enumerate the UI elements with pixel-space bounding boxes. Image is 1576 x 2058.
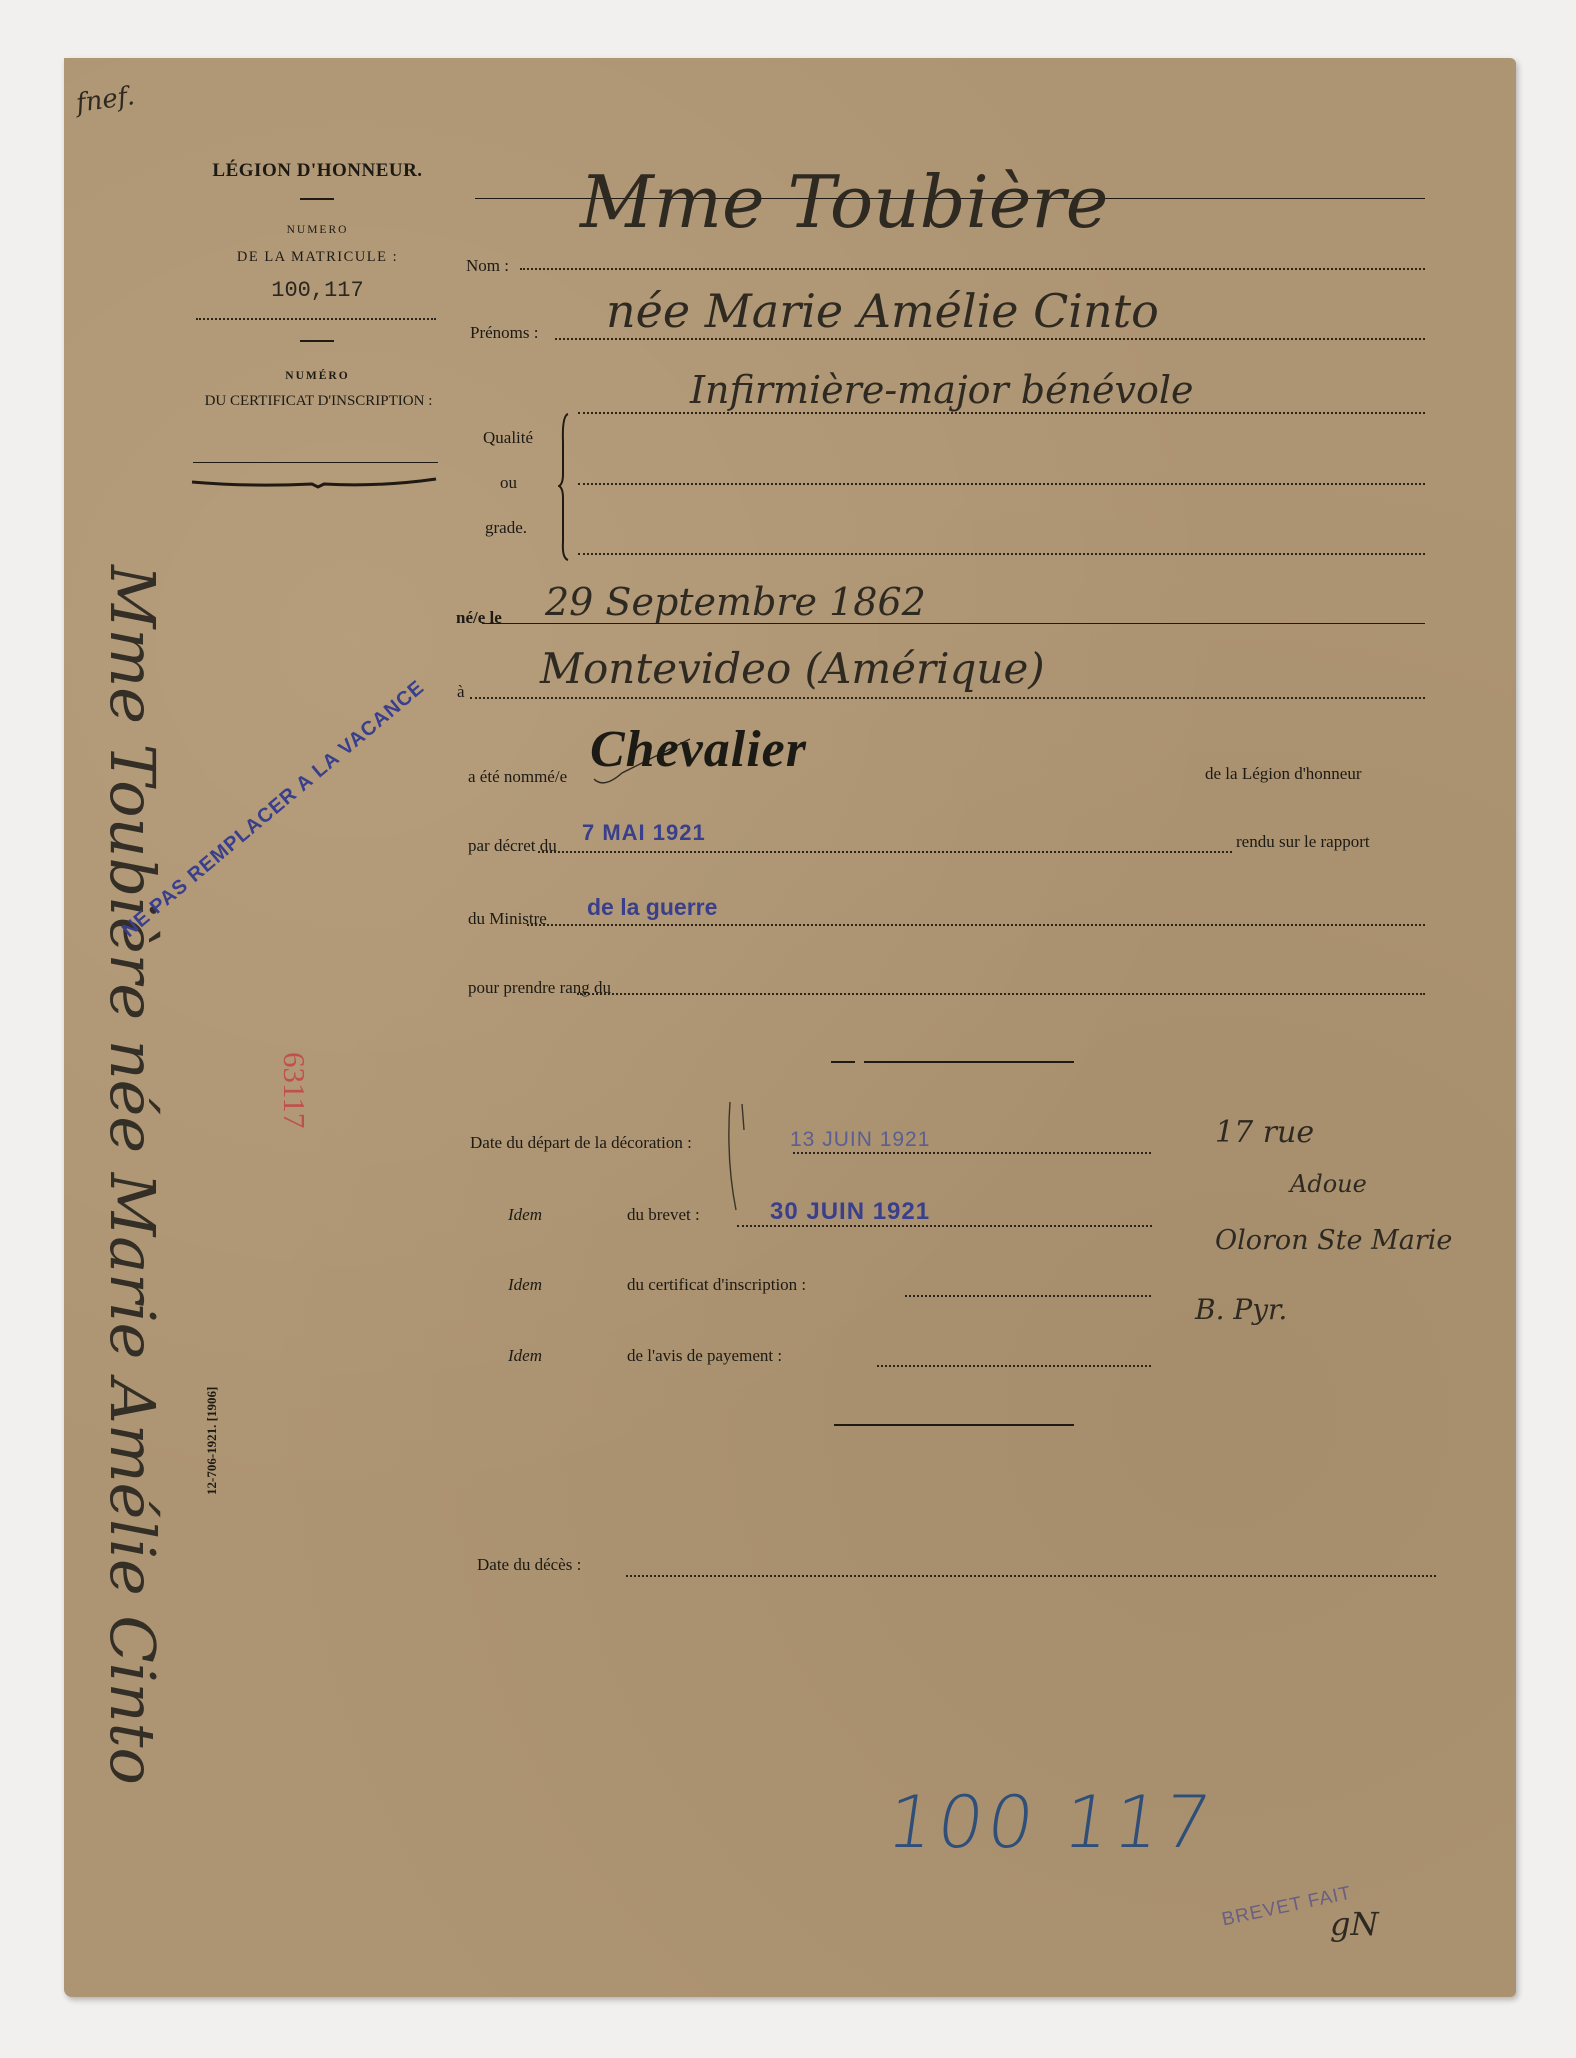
decret-label: par décret du [468, 836, 557, 856]
nomme-value: Chevalier [590, 720, 807, 779]
brevet-label: du brevet : [627, 1205, 700, 1225]
address-line-1: 17 rue [1215, 1115, 1314, 1150]
brevet-stamp: 30 JUIN 1921 [770, 1198, 930, 1226]
depart-label: Date du départ de la décoration : [470, 1133, 692, 1153]
decret-line [538, 851, 1232, 853]
archival-form-sheet [64, 58, 1516, 1997]
qualite-brace [558, 412, 574, 562]
rang-label: pour prendre rang du [468, 978, 611, 998]
certificat-label: du certificat d'inscription : [627, 1275, 806, 1295]
nomme-label: a été nommé/e [468, 767, 567, 787]
ministre-line [527, 924, 1425, 926]
certificat-rule [193, 462, 438, 463]
printer-mark: 12-706-1921. [1906] [204, 1387, 220, 1495]
depart-line [793, 1152, 1151, 1154]
address-line-4: B. Pyr. [1195, 1293, 1287, 1326]
matricule-label-bottom: DE LA MATRICULE : [195, 249, 440, 266]
vertical-name-annotation: Mme Toubière née Marie Amélie Cinto [96, 565, 169, 1785]
qualite-value: Infirmière-major bénévole [690, 368, 1194, 412]
nom-label: Nom : [466, 256, 509, 276]
a-value: Montevideo (Amérique) [540, 644, 1045, 693]
decret-stamp: 7 MAI 1921 [582, 820, 706, 846]
address-line-3: Oloron Ste Marie [1215, 1225, 1452, 1256]
qualite-line-1 [578, 412, 1425, 414]
matricule-label-top: NUMERO [195, 224, 440, 236]
brevet-idem: Idem [508, 1205, 542, 1225]
ministre-label: du Ministre [468, 909, 547, 929]
separator-dash [831, 1061, 855, 1063]
form-title: LÉGION D'HONNEUR. [195, 160, 440, 182]
avis-line [877, 1365, 1151, 1367]
a-label: à [457, 682, 465, 702]
ne-label: né/e le [456, 608, 502, 628]
matricule-rule [196, 318, 436, 320]
nom-value: Mme Toubière [580, 160, 1108, 244]
certificat-label-top: NUMÉRO [195, 370, 440, 382]
separator-rule [864, 1061, 1074, 1063]
qualite-label-3: grade. [485, 518, 527, 538]
qualite-line-2 [578, 483, 1425, 485]
initials: gN [1330, 1905, 1378, 1943]
brevet-line [737, 1225, 1152, 1227]
prenoms-value: née Marie Amélie Cinto [606, 284, 1159, 338]
handwritten-file-number: 100 117 [882, 1780, 1220, 1864]
deces-line [626, 1575, 1436, 1577]
red-reference-number: 63117 [276, 1052, 312, 1128]
certificat-idem: Idem [508, 1275, 542, 1295]
separator-rule-2 [834, 1424, 1074, 1426]
ministre-stamp: de la guerre [587, 894, 717, 921]
qualite-label-1: Qualité [483, 428, 533, 448]
title-rule [300, 198, 334, 200]
qualite-label-2: ou [500, 473, 517, 493]
ornamental-rule [190, 476, 440, 490]
section-rule [300, 340, 334, 342]
ne-value: 29 Septembre 1862 [545, 580, 926, 624]
depart-annotation [720, 1100, 760, 1220]
nomme-suffix: de la Légion d'honneur [1205, 764, 1362, 784]
nom-line [520, 268, 1425, 270]
decret-suffix: rendu sur le rapport [1236, 832, 1370, 852]
qualite-line-3 [578, 553, 1425, 555]
depart-stamp: 13 JUIN 1921 [790, 1128, 930, 1152]
ne-line [482, 623, 1425, 624]
certificat-line [905, 1295, 1151, 1297]
address-line-2: Adoue [1290, 1170, 1367, 1198]
a-line [470, 697, 1425, 699]
avis-label: de l'avis de payement : [627, 1346, 782, 1366]
rang-line [577, 993, 1425, 995]
matricule-number: 100,117 [195, 278, 440, 303]
certificat-label-bottom: DU CERTIFICAT D'INSCRIPTION : [186, 393, 451, 410]
avis-idem: Idem [508, 1346, 542, 1366]
prenoms-line [555, 338, 1425, 340]
deces-label: Date du décès : [477, 1555, 581, 1575]
prenoms-label: Prénoms : [470, 323, 538, 343]
